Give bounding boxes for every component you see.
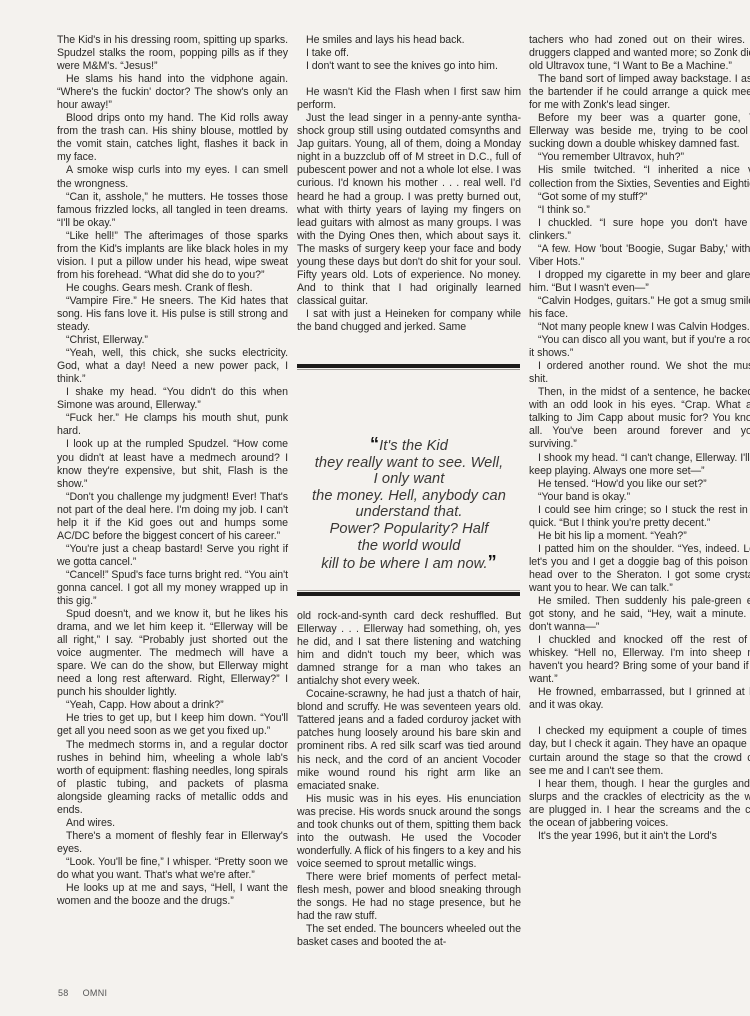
right-column-clip: tachers who had zoned out on their wires… bbox=[0, 0, 750, 1016]
paragraph: I dropped my cigarette in my beer and gl… bbox=[529, 269, 750, 295]
text-column-3: tachers who had zoned out on their wires… bbox=[529, 34, 750, 843]
paragraph: I patted him on the shoulder. “Yes, inde… bbox=[529, 543, 750, 595]
paragraph: Then, in the midst of a sentence, he bac… bbox=[529, 386, 750, 451]
magazine-page: The Kid's in his dressing room, spitting… bbox=[0, 0, 750, 1016]
paragraph: He smiled. Then suddenly his pale-green … bbox=[529, 595, 750, 634]
paragraph: I could see him cringe; so I stuck the r… bbox=[529, 504, 750, 530]
paragraph: I ordered another round. We shot the mus… bbox=[529, 360, 750, 386]
paragraph: I chuckled. “I sure hope you don't have … bbox=[529, 217, 750, 243]
paragraph: I checked my equipment a couple of times… bbox=[529, 725, 750, 777]
page-number: 58 bbox=[58, 988, 69, 998]
paragraph: “Not many people knew I was Calvin Hodge… bbox=[529, 321, 750, 334]
paragraph: “You can disco all you want, but if you'… bbox=[529, 334, 750, 360]
paragraph: tachers who had zoned out on their wires… bbox=[529, 34, 750, 73]
paragraph: His smile twitched. “I inherited a nice … bbox=[529, 164, 750, 190]
paragraph: “A few. How 'bout 'Boogie, Sugar Baby,' … bbox=[529, 243, 750, 269]
paragraph: Before my beer was a quarter gone, Tom E… bbox=[529, 112, 750, 151]
magazine-name: OMNI bbox=[83, 988, 108, 998]
page-folio: 58OMNI bbox=[58, 988, 121, 998]
paragraph: I shook my head. “I can't change, Ellerw… bbox=[529, 452, 750, 478]
paragraph: He tensed. “How'd you like our set?” bbox=[529, 478, 750, 491]
paragraph: He bit his lip a moment. “Yeah?” bbox=[529, 530, 750, 543]
paragraph: I hear them, though. I hear the gurgles … bbox=[529, 778, 750, 830]
paragraph: I chuckled and knocked off the rest of m… bbox=[529, 634, 750, 686]
paragraph: “You remember Ultravox, huh?” bbox=[529, 151, 750, 164]
paragraph: The band sort of limped away backstage. … bbox=[529, 73, 750, 112]
paragraph: “Your band is okay.” bbox=[529, 491, 750, 504]
paragraph: “I think so.” bbox=[529, 204, 750, 217]
paragraph: It's the year 1996, but it ain't the Lor… bbox=[529, 830, 750, 843]
paragraph: “Calvin Hodges, guitars.” He got a smug … bbox=[529, 295, 750, 321]
paragraph: “Got some of my stuff?” bbox=[529, 191, 750, 204]
paragraph: He frowned, embarrassed, but I grinned a… bbox=[529, 686, 750, 712]
